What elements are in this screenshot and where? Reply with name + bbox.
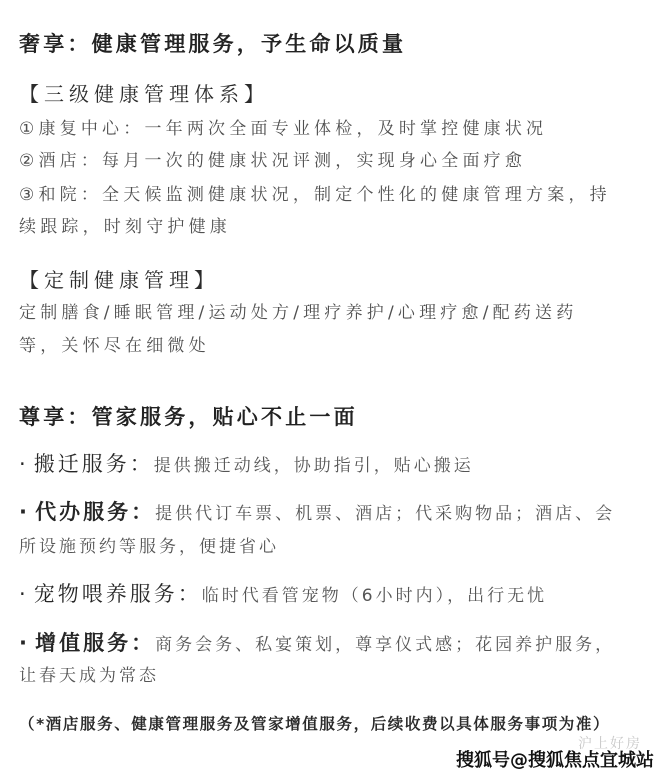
bullet-dot: · xyxy=(19,500,30,524)
body-line: ②酒店：每月一次的健康状况评测，实现身心全面疗愈 xyxy=(19,146,526,171)
service-desc-continued: 让春天成为常态 xyxy=(19,661,159,686)
service-desc: 提供代订车票、机票、酒店；代采购物品；酒店、会 xyxy=(155,504,615,524)
service-name: 搬迁服务： xyxy=(34,452,154,476)
body-line: 定制膳食/睡眠管理/运动处方/理疗养护/心理疗愈/配药送药 xyxy=(19,298,577,323)
footnote: （*酒店服务、健康管理服务及管家增值服务，后续收费以具体服务事项为准） xyxy=(19,712,610,734)
service-name: 宠物喂养服务： xyxy=(34,582,202,606)
body-line: 等，关怀尽在细微处 xyxy=(19,331,210,356)
service-item-moving: · 搬迁服务：提供搬迁动线，协助指引，贴心搬运 xyxy=(19,448,474,478)
body-line: ③和院：全天候监测健康状况，制定个性化的健康管理方案，持 xyxy=(19,180,611,205)
service-desc: 提供搬迁动线，协助指引，贴心搬运 xyxy=(154,456,474,476)
service-item-agency: · 代办服务：提供代订车票、机票、酒店；代采购物品；酒店、会 xyxy=(19,496,615,526)
bullet-dot: · xyxy=(19,452,29,476)
subsection-heading-three-level: 【三级健康管理体系】 xyxy=(19,78,269,107)
bullet-dot: · xyxy=(19,582,29,606)
bullet-dot: · xyxy=(19,631,30,655)
service-item-pet: · 宠物喂养服务：临时代看管宠物（6小时内），出行无忧 xyxy=(19,578,547,608)
section-title-butler: 尊享：管家服务，贴心不止一面 xyxy=(19,401,358,431)
service-desc: 商务会务、私宴策划，尊享仪式感；花园养护服务， xyxy=(155,635,615,655)
section-title-health: 奢享：健康管理服务，予生命以质量 xyxy=(19,28,406,58)
service-name: 代办服务： xyxy=(35,500,155,524)
body-line: 续跟踪，时刻守护健康 xyxy=(19,212,231,237)
subsection-heading-custom: 【定制健康管理】 xyxy=(19,264,219,293)
service-desc: 临时代看管宠物（6小时内），出行无忧 xyxy=(202,586,547,606)
service-name: 增值服务： xyxy=(35,631,155,655)
body-line: ①康复中心：一年两次全面专业体检，及时掌控健康状况 xyxy=(19,114,547,139)
watermark-main: 搜狐号@搜狐焦点宜城站 xyxy=(456,746,654,772)
service-desc-continued: 所设施预约等服务，便捷省心 xyxy=(19,532,279,557)
service-item-value-added: · 增值服务：商务会务、私宴策划，尊享仪式感；花园养护服务， xyxy=(19,627,615,657)
